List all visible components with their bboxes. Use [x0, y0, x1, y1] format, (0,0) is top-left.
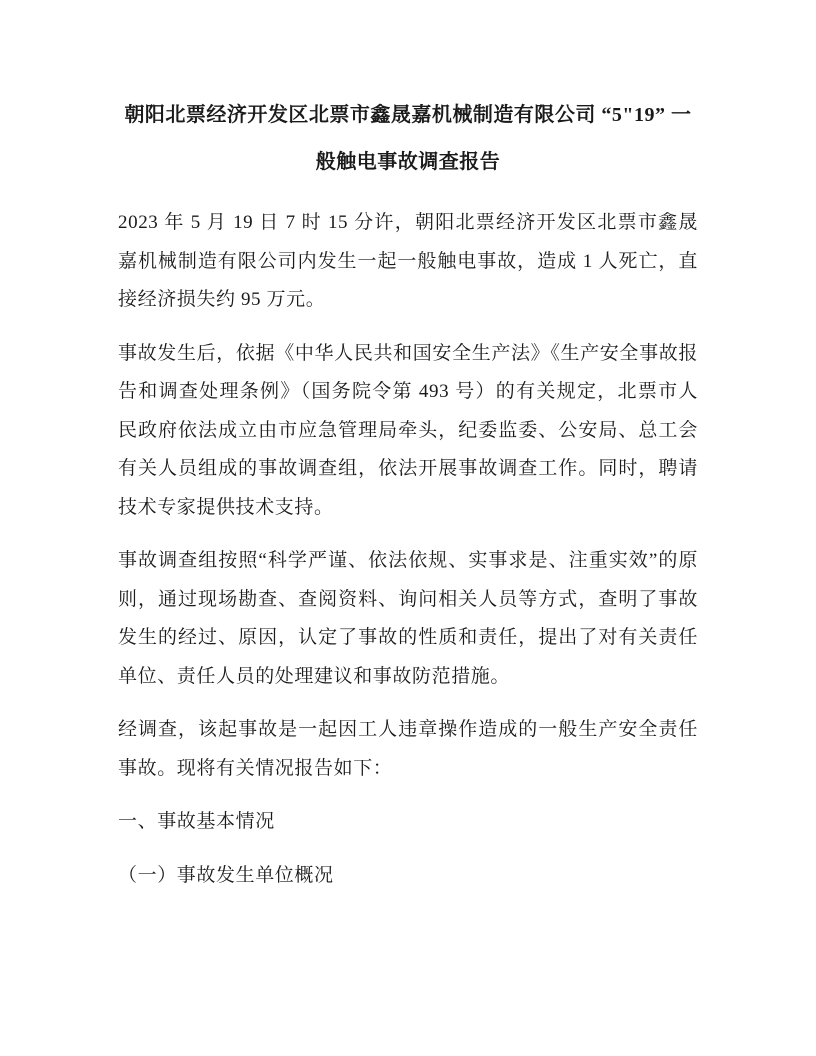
- section-heading-unit-overview: （一）事故发生单位概况: [118, 857, 698, 896]
- paragraph-investigation-setup: 事故发生后，依据《中华人民共和国安全生产法》《生产安全事故报告和调查处理条例》（…: [118, 335, 698, 528]
- paragraph-conclusion-intro: 经调查，该起事故是一起因工人违章操作造成的一般生产安全责任事故。现将有关情况报告…: [118, 711, 698, 788]
- document-page: 朝阳北票经济开发区北票市鑫晟嘉机械制造有限公司 “5"19” 一般触电事故调查报…: [0, 0, 816, 1056]
- paragraph-incident-summary: 2023 年 5 月 19 日 7 时 15 分许，朝阳北票经济开发区北票市鑫晟…: [118, 204, 698, 320]
- report-title: 朝阳北票经济开发区北票市鑫晟嘉机械制造有限公司 “5"19” 一般触电事故调查报…: [118, 92, 698, 186]
- paragraph-investigation-method: 事故调查组按照“科学严谨、依法依规、实事求是、注重实效”的原则，通过现场勘查、查…: [118, 542, 698, 696]
- section-heading-basic-situation: 一、事故基本情况: [118, 803, 698, 842]
